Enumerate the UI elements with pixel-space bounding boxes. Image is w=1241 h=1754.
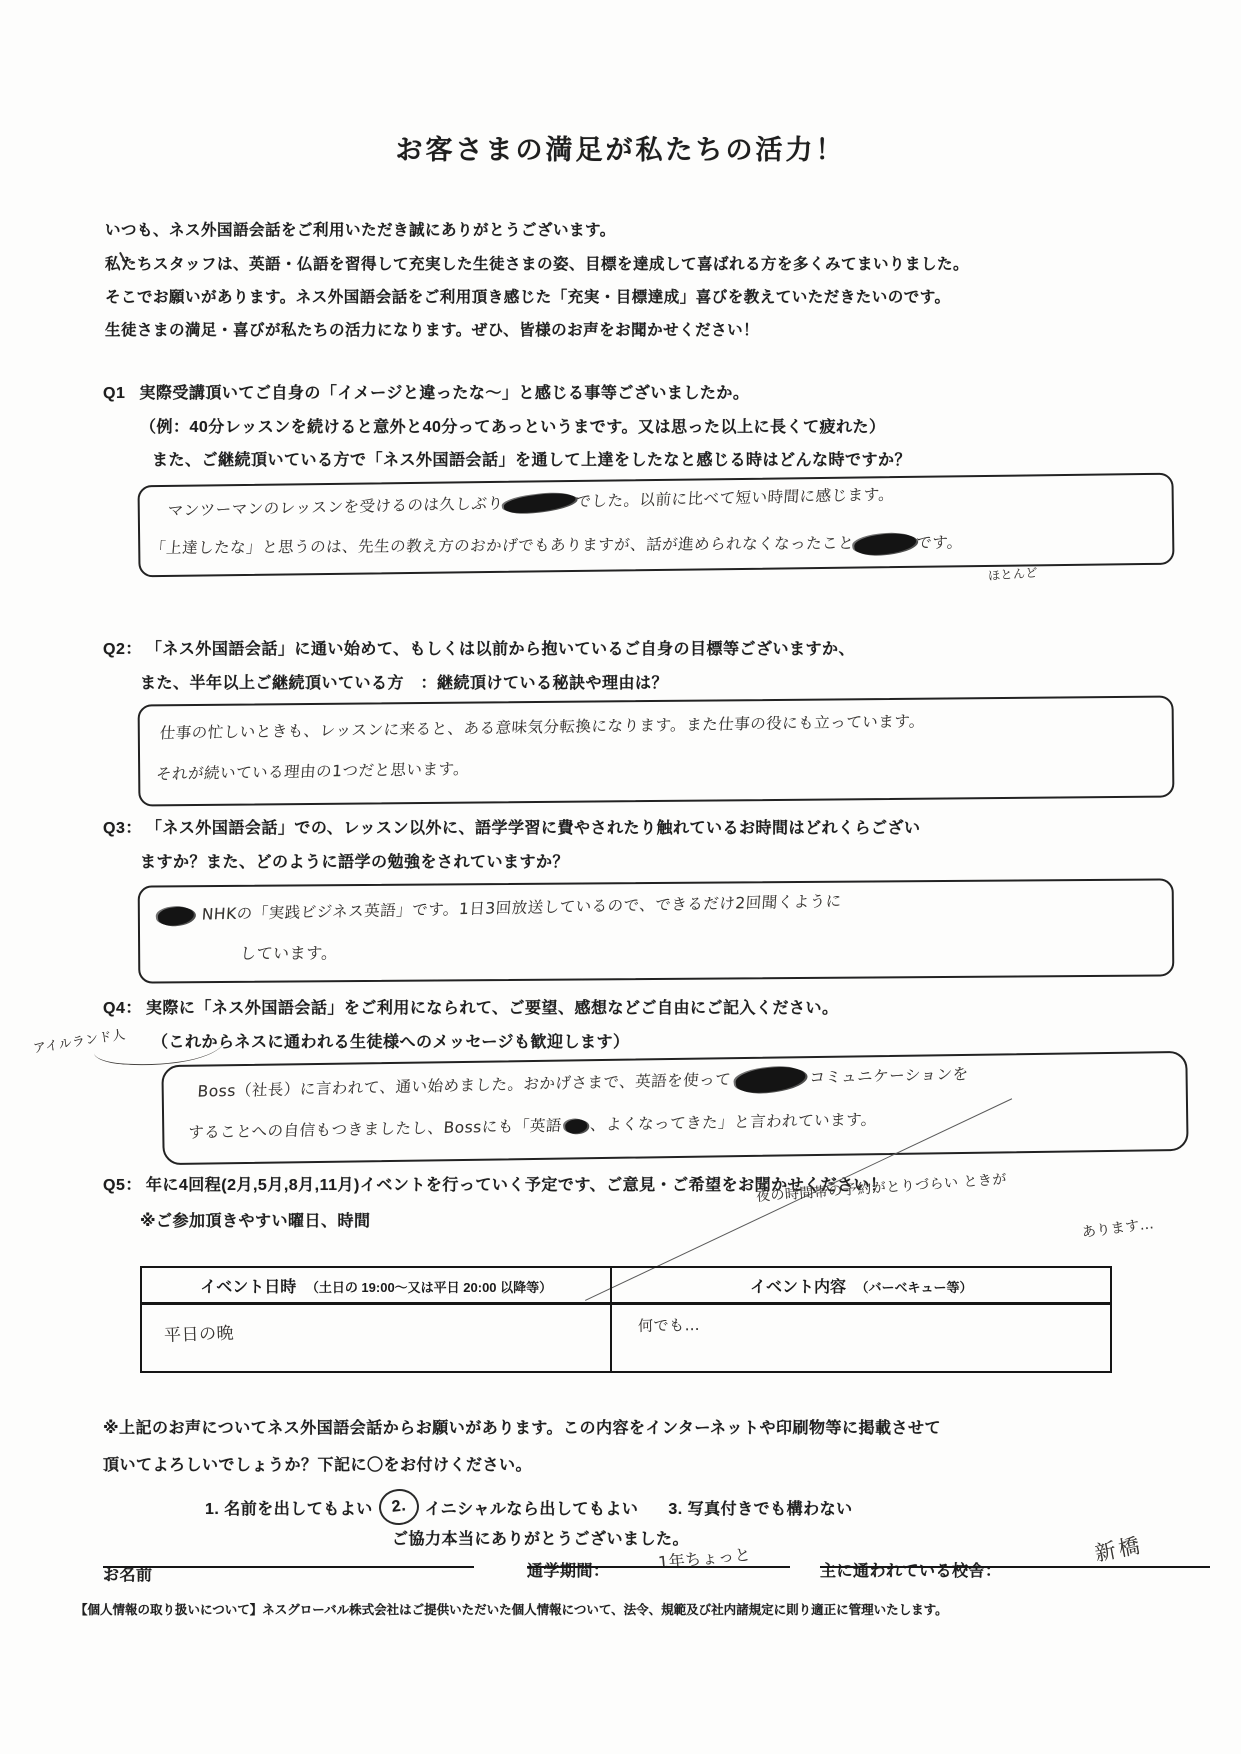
thanks-line: ご協力本当にありがとうございました。 [392, 1526, 689, 1549]
event-datetime-cell: 平日の晩 [141, 1304, 611, 1373]
event-table-row: 平日の晩 何でも… [141, 1304, 1111, 1373]
page-title: お客さまの満足が私たちの活力！ [0, 128, 1241, 167]
circled-option-2: 2. [377, 1487, 421, 1527]
intro-line-3: そこでお願いがあります。ネス外国語会話をご利用頂き感じた「充実・目標達成」喜びを… [105, 285, 951, 307]
q2-text-1: 「ネス外国語会話」に通い始めて、もしくは以前から抱いているご自身の目標等ございま… [146, 641, 855, 658]
q1-margin-annotation: ほとんど [987, 564, 1038, 584]
q5-question-line-2: ※ご参加頂きやすい曜日、時間 [140, 1208, 371, 1231]
consent-options-row: 1. 名前を出してもよい 2. イニシャルなら出してもよい 3. 写真付きでも構… [205, 1489, 853, 1525]
q1-label: Q1 [103, 385, 125, 403]
event-table-header-content: イベント内容 （バーベキュー等） [611, 1267, 1111, 1304]
period-field-label: 通学期間： [527, 1558, 610, 1581]
q1-question-line-2: （例：40分レッスンを続けると意外と40分ってあっというまです。又は思った以上に… [140, 414, 886, 437]
q4-text-1: 実際に「ネス外国語会話」をご利用になられて、ご要望、感想などご自由にご記入くださ… [146, 1000, 839, 1017]
period-field-underline [527, 1566, 790, 1568]
q5-margin-note-line-2: あります… [1081, 1213, 1155, 1242]
q2-question-line-2: また、半年以上ご継続頂いている方 ：継続頂けている秘訣や理由は？ [140, 670, 668, 693]
q2-handwritten-line-2: それが続いている理由の1つだと思います。 [156, 757, 469, 784]
q4-question-line-1: Q4：実際に「ネス外国語会話」をご利用になられて、ご要望、感想などご自由にご記入… [103, 995, 839, 1018]
q4-handwritten-line-1: Boss（社長）に言われて、通い始めました。おかげさまで、英語を使ってコミュニケ… [197, 1062, 968, 1104]
q1-text-1: 実際受講頂いてご自身の「イメージと違ったな～」と感じる事等ございましたか。 [139, 385, 749, 402]
q1-question-line-3: また、ご継続頂いている方で「ネス外国語会話」を通して上達をしたなと感じる時はどん… [152, 447, 911, 470]
q3-handwritten-line-1: NHKの「実践ビジネス英語」です。1日3回放送しているので、できるだけ2回聞くよ… [158, 889, 842, 925]
event-table: イベント日時 （土日の 19:00～又は平日 20:00 以降等） イベント内容… [140, 1266, 1112, 1373]
q2-question-line-1: Q2：「ネス外国語会話」に通い始めて、もしくは以前から抱いているご自身の目標等ご… [103, 636, 855, 659]
privacy-footer: 【個人情報の取り扱いについて】ネスグローバル株式会社はご提供いただいた個人情報に… [75, 1600, 948, 1618]
school-field-underline [820, 1566, 1210, 1568]
ink-scribble [853, 530, 917, 557]
name-field-underline [103, 1566, 474, 1568]
q4-answer-box: Boss（社長）に言われて、通い始めました。おかげさまで、英語を使ってコミュニケ… [161, 1051, 1188, 1165]
consent-notice-line-2: 頂いてよろしいでしょうか？下記に〇をお付けください。 [103, 1452, 532, 1475]
q3-label: Q3： [103, 815, 142, 838]
ink-scribble [157, 904, 195, 926]
intro-line-2: 私たちスタッフは、英語・仏語を習得して充実した生徒さまの姿、目標を達成して喜ばれ… [105, 252, 969, 274]
consent-option-2: イニシャルなら出してもよい [425, 1496, 639, 1519]
event-table-header-datetime: イベント日時 （土日の 19:00～又は平日 20:00 以降等） [141, 1267, 611, 1304]
q2-label: Q2： [103, 636, 142, 659]
ink-scribble [734, 1063, 806, 1096]
scanned-questionnaire-page: お客さまの満足が私たちの活力！ いつも、ネス外国語会話をご利用いただき誠にありが… [0, 0, 1241, 1754]
ink-scribble [503, 490, 577, 516]
q5-label: Q5： [103, 1172, 142, 1195]
q2-handwritten-line-1: 仕事の忙しいときも、レッスンに来ると、ある意味気分転換になります。また仕事の役に… [160, 709, 926, 743]
ink-scribble [564, 1118, 588, 1135]
event-table-header-row: イベント日時 （土日の 19:00～又は平日 20:00 以降等） イベント内容… [141, 1267, 1111, 1304]
q3-text-1: 「ネス外国語会話」での、レッスン以外に、語学学習に費やされたり触れているお時間は… [146, 820, 921, 837]
school-field-value: 新橋 [1092, 1529, 1145, 1568]
intro-line-4: 生徒さまの満足・喜びが私たちの活力になります。ぜひ、皆様のお声をお聞かせください… [105, 318, 759, 340]
q1-handwritten-line-1: マンツーマンのレッスンを受けるのは久しぶりでした。以前に比べて短い時間に感じます… [168, 482, 895, 520]
event-content-cell: 何でも… [611, 1304, 1111, 1373]
q3-handwritten-line-2: しています。 [240, 941, 338, 964]
q2-answer-box: 仕事の忙しいときも、レッスンに来ると、ある意味気分転換になります。また仕事の役に… [138, 695, 1175, 806]
school-field-label: 主に通われている校舎： [820, 1558, 1002, 1581]
intro-line-1: いつも、ネス外国語会話をご利用いただき誠にありがとうございます。 [105, 218, 616, 240]
q3-answer-box: NHKの「実践ビジネス英語」です。1日3回放送しているので、できるだけ2回聞くよ… [138, 878, 1175, 983]
consent-notice-line-1: ※上記のお声についてネス外国語会話からお願いがあります。この内容をインターネット… [103, 1415, 941, 1438]
q1-answer-box: マンツーマンのレッスンを受けるのは久しぶりでした。以前に比べて短い時間に感じます… [137, 473, 1174, 578]
q1-handwritten-line-2: 「上達したな」と思うのは、先生の教え方のおかげでもありますが、話が進められなくな… [150, 531, 963, 559]
consent-option-3: 3. 写真付きでも構わない [668, 1496, 852, 1519]
q4-handwritten-line-2: することへの自信もつきましたし、Bossにも「英語、よくなってきた」と言われてい… [188, 1108, 877, 1143]
q3-question-line-2: ますか？また、どのように語学の勉強をされていますか？ [140, 849, 569, 872]
q3-question-line-1: Q3：「ネス外国語会話」での、レッスン以外に、語学学習に費やされたり触れているお… [103, 815, 921, 838]
q1-question-line-1: Q1実際受講頂いてご自身の「イメージと違ったな～」と感じる事等ございましたか。 [103, 380, 749, 403]
consent-option-1: 1. 名前を出してもよい [205, 1496, 373, 1519]
q4-label: Q4： [103, 995, 142, 1018]
